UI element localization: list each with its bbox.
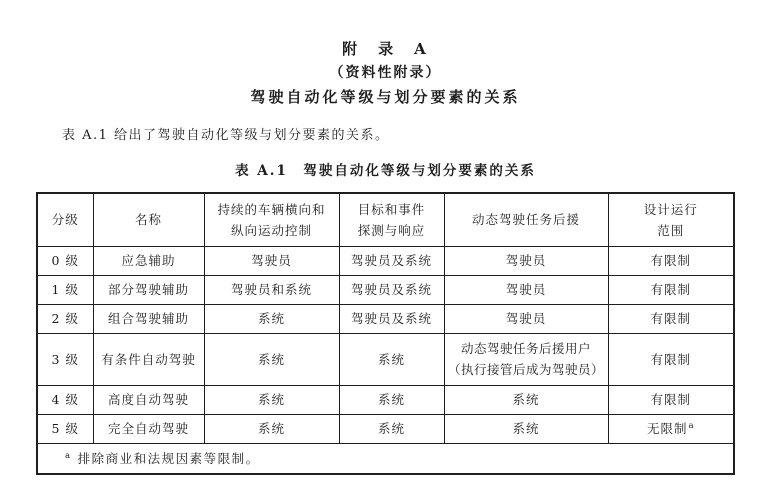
table-row-level-4: 4 级 高度自动驾驶 系统 系统 系统 有限制 [37,385,734,414]
column-header-detection-response: 目标和事件 探测与响应 [339,193,444,246]
column-header-level: 分级 [37,193,93,246]
table-cell: 应急辅助 [93,246,204,275]
table-cell: 系统 [339,385,444,414]
table-cell: 驾驶员 [444,304,608,333]
table-footnote-row: a排除商业和法规因素等限制。 [37,443,734,474]
table-cell: 系统 [204,333,339,385]
column-header-name: 名称 [93,193,204,246]
table-cell: 驾驶员及系统 [339,304,444,333]
table-cell: 驾驶员和系统 [204,275,339,304]
table-cell: 有限制 [608,333,734,385]
footnote-text: 排除商业和法规因素等限制。 [78,451,260,466]
table-cell: 有限制 [608,246,734,275]
table-cell: 驾驶员及系统 [339,246,444,275]
table-row-level-5: 5 级 完全自动驾驶 系统 系统 系统 无限制a [37,414,734,443]
appendix-label: 附 录 A [0,38,771,61]
column-header-fallback: 动态驾驶任务后援 [444,193,608,246]
table-row-level-1: 1 级 部分驾驶辅助 驾驶员和系统 驾驶员及系统 驾驶员 有限制 [37,275,734,304]
table-row-level-2: 2 级 组合驾驶辅助 系统 驾驶员及系统 驾驶员 有限制 [37,304,734,333]
table-cell: 4 级 [37,385,93,414]
table-cell: 驾驶员及系统 [339,275,444,304]
table-caption: 表 A.1 驾驶自动化等级与划分要素的关系 [0,162,771,181]
column-header-design-range: 设计运行 范围 [608,193,734,246]
table-cell: 1 级 [37,275,93,304]
table-cell: 有限制 [608,385,734,414]
table-header-row: 分级 名称 持续的车辆横向和 纵向运动控制 目标和事件 探测与响应 动态驾驶任务… [37,193,734,246]
table-cell: 系统 [339,414,444,443]
table-cell: 完全自动驾驶 [93,414,204,443]
table-cell: 无限制a [608,414,734,443]
table-cell: 系统 [444,385,608,414]
table-cell: 有限制 [608,304,734,333]
table-cell: 驾驶员 [444,275,608,304]
table-cell: 系统 [204,304,339,333]
table-cell: 驾驶员 [444,246,608,275]
intro-paragraph: 表 A.1 给出了驾驶自动化等级与划分要素的关系。 [36,127,735,145]
appendix-type: （资料性附录） [0,61,771,85]
table-cell: 系统 [204,414,339,443]
table-cell: 部分驾驶辅助 [93,275,204,304]
table-row-level-0: 0 级 应急辅助 驾驶员 驾驶员及系统 驾驶员 有限制 [37,246,734,275]
table-cell: 有条件自动驾驶 [93,333,204,385]
column-header-motion-control: 持续的车辆横向和 纵向运动控制 [204,193,339,246]
footnote-marker: a [688,421,694,431]
table-cell: 3 级 [37,333,93,385]
cell-value: 无限制 [647,421,688,436]
automation-levels-table: 分级 名称 持续的车辆横向和 纵向运动控制 目标和事件 探测与响应 动态驾驶任务… [36,192,735,475]
table-row-level-3: 3 级 有条件自动驾驶 系统 系统 动态驾驶任务后援用户 （执行接管后成为驾驶员… [37,333,734,385]
table-cell: 组合驾驶辅助 [93,304,204,333]
table-cell: 5 级 [37,414,93,443]
table-cell: 系统 [204,385,339,414]
table-cell: 驾驶员 [204,246,339,275]
table-cell: 系统 [444,414,608,443]
footnote-cell: a排除商业和法规因素等限制。 [37,443,734,474]
table-cell: 系统 [339,333,444,385]
document-page: 附 录 A （资料性附录） 驾驶自动化等级与划分要素的关系 表 A.1 给出了驾… [0,0,771,481]
footnote-marker: a [65,451,72,461]
table-cell: 高度自动驾驶 [93,385,204,414]
appendix-heading-block: 附 录 A （资料性附录） 驾驶自动化等级与划分要素的关系 [0,0,771,110]
table-cell: 0 级 [37,246,93,275]
appendix-title: 驾驶自动化等级与划分要素的关系 [0,85,771,110]
table-cell: 2 级 [37,304,93,333]
table-cell: 有限制 [608,275,734,304]
table-cell: 动态驾驶任务后援用户 （执行接管后成为驾驶员） [444,333,608,385]
